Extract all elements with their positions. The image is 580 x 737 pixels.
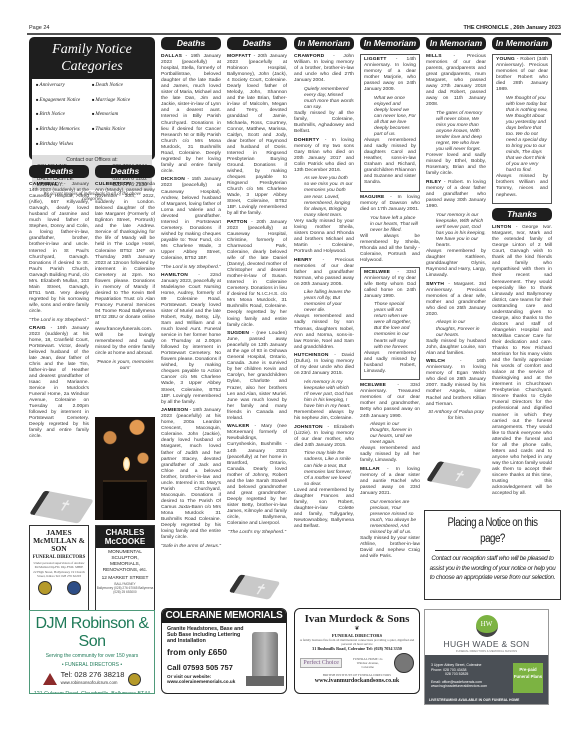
- notice-walker: WALKER - Mary (nee McKeeman) formerly of…: [227, 424, 287, 527]
- notice-hamilton: HAMILTON - 22nd January 2023, peacefully…: [161, 273, 221, 406]
- ad-ivan-murdock: Ivan Murdock & Sons ❦ FUNERAL DIRECTORS …: [294, 608, 420, 694]
- deaths-column-2: Deaths CULBERTSON - Amanda Ann (Mandy), …: [95, 165, 155, 372]
- notice-jamieson: JAMIESON - 18th January 2023 (peacefully…: [161, 408, 221, 541]
- categories-box: Family Notice Categories Anniversary Dea…: [29, 37, 155, 160]
- notice-culbertson: CULBERTSON - Amanda Ann (Mandy), passed …: [95, 182, 155, 357]
- category-item: Memoriam: [92, 111, 148, 125]
- bible-icon: [228, 574, 280, 600]
- category-item: Engagement Notice: [36, 97, 92, 111]
- category-item: Thanks Notice: [92, 126, 148, 140]
- section-header-deaths: Deaths: [29, 165, 89, 178]
- section-header-deaths: Deaths: [161, 37, 221, 50]
- notice-welch: WELCH - 16th Anniversary. In loving memo…: [426, 359, 486, 407]
- selected-logo-icon: [67, 581, 81, 595]
- ad-placing-notice: Placing a Notice on this page? Contact o…: [424, 510, 561, 600]
- page-number: Page 24: [29, 25, 50, 31]
- memoriam-column-3: In Memoriam MILLS - Precious memories of…: [426, 37, 486, 422]
- memoriam-column-2: In Memoriam LIGGETT - 14th Anniversary. …: [360, 37, 420, 563]
- ad-charles-mccooke: CHARLES McCOOKE MONUMENTAL SCULPTOR, MEM…: [95, 525, 155, 615]
- section-header-deaths: Deaths: [227, 37, 287, 50]
- section-header-memoriam: In Memoriam: [294, 37, 354, 50]
- deaths-column-4: Deaths MOFFATT - 20th January 2023 (peac…: [227, 37, 287, 536]
- notice-henry: HENRY - Precious memories of our dear fa…: [294, 258, 354, 288]
- deaths-column-3: Deaths DALLAS - 19th January 2023 (peace…: [161, 37, 221, 550]
- categories-title: Family Notice Categories: [29, 37, 155, 75]
- crest-icon: [128, 673, 141, 686]
- notice-doherty: DOHERTY - In loving memory of my two son…: [294, 138, 354, 174]
- category-item: Birthday Memories: [36, 126, 92, 140]
- notice-mills: MILLS - Precious memories of our dear pa…: [426, 54, 486, 108]
- category-list: Anniversary Death Notice Engagement Noti…: [32, 79, 152, 155]
- notice-linton: LINTON - George Ivor. Margaret, Ivor, Ma…: [492, 225, 552, 497]
- notice-crawford: CRAWFORD - John William. In loving memor…: [294, 54, 354, 84]
- notice-smyth: SMYTH - Margaret. 3rd Anniversary. Preci…: [426, 282, 486, 318]
- memoriam-column-4: In Memoriam YOUNG - Robert (34th Anniver…: [492, 37, 552, 500]
- crest-icon: [394, 653, 414, 673]
- notice-young: YOUNG - Robert (34th Anniversary). Preci…: [492, 54, 552, 204]
- notice-craig: CRAIG - 19th January 2023 (suddenly) at …: [29, 326, 89, 441]
- candle-image: [95, 417, 155, 520]
- ad-james-mcmullan: JAMES McMULLAN & SON FUNERAL DIRECTORS U…: [29, 525, 89, 615]
- notice-moffatt: MOFFATT - 20th January 2023 (peacefully …: [227, 54, 287, 217]
- bible-icon: [29, 490, 94, 523]
- crest-icon: [38, 581, 52, 595]
- notice-johnston: JOHNSTON - Elizabeth (Lizzie). In loving…: [294, 425, 354, 449]
- ad-hugh-wade: HW HUGH WADE & SON FUNERAL DIRECTORS & M…: [424, 609, 549, 705]
- notice-patton: PATTON - 20th January 2023 (peacefully) …: [227, 220, 287, 329]
- hw-logo-icon: HW: [476, 615, 498, 637]
- category-item: Death Notice: [92, 82, 148, 96]
- notice-millar: MILLAR - In loving memory of a dear sist…: [360, 467, 420, 497]
- section-header-memoriam: In Memoriam: [426, 37, 486, 50]
- header-rule: [27, 33, 561, 35]
- category-item: Anniversary: [36, 82, 92, 96]
- warning-logo-icon: [43, 673, 57, 685]
- deaths-column-1: Deaths CAMPBELL - January 14th 2023 (sud…: [29, 165, 89, 443]
- category-item: Birth Notice: [36, 111, 92, 125]
- ad-djm-robinson: DJM Robinson & Son Serving the community…: [29, 610, 155, 694]
- notice-hutchinson: HUTCHINSON - David (Dufus). In loving me…: [294, 353, 354, 377]
- notice-dallas: DALLAS - 19th January 2023 (peacefully) …: [161, 54, 221, 175]
- notice-mcelwee-2: MCELWEE - 33rd Anniversary. Treasured me…: [360, 383, 420, 419]
- notice-maguire: MAGUIRE - In loving memory of Dawson who…: [360, 195, 420, 213]
- section-header-deaths: Deaths: [95, 165, 155, 178]
- notice-mcelwee-1: MCELWEE - 33rd Anniversary of my dear wi…: [360, 267, 420, 381]
- masthead: THE CHRONICLE , 26th January 2023: [463, 25, 561, 31]
- memoriam-column-1: In Memoriam CRAWFORD - John William. In …: [294, 37, 354, 533]
- notice-liggett: LIGGETT - 14th Anniversary. In loving me…: [360, 54, 420, 192]
- category-item: Marriage Notice: [92, 97, 148, 111]
- section-header-thanks: Thanks: [492, 208, 552, 221]
- notice-campbell: CAMPBELL - January 14th 2023 (suddenly) …: [29, 182, 89, 315]
- section-header-memoriam: In Memoriam: [360, 37, 420, 50]
- notice-sugden: SUGDEN - (nee Louden) June, passed away …: [227, 331, 287, 422]
- notice-riley: RILEY - Robert. In loving memory of a de…: [426, 180, 486, 210]
- bible-icon: [426, 461, 482, 489]
- category-item: Birthday Wishes: [36, 141, 92, 155]
- ad-coleraine-memorials: COLERAINE MEMORIALS Granite Headstones, …: [161, 608, 287, 694]
- notice-dickson: DICKSON - 15th January 2023 (peacefully)…: [161, 177, 221, 262]
- section-header-memoriam: In Memoriam: [492, 37, 552, 50]
- ornament-icon: ❦: [295, 626, 419, 633]
- headstone-image: [252, 632, 278, 680]
